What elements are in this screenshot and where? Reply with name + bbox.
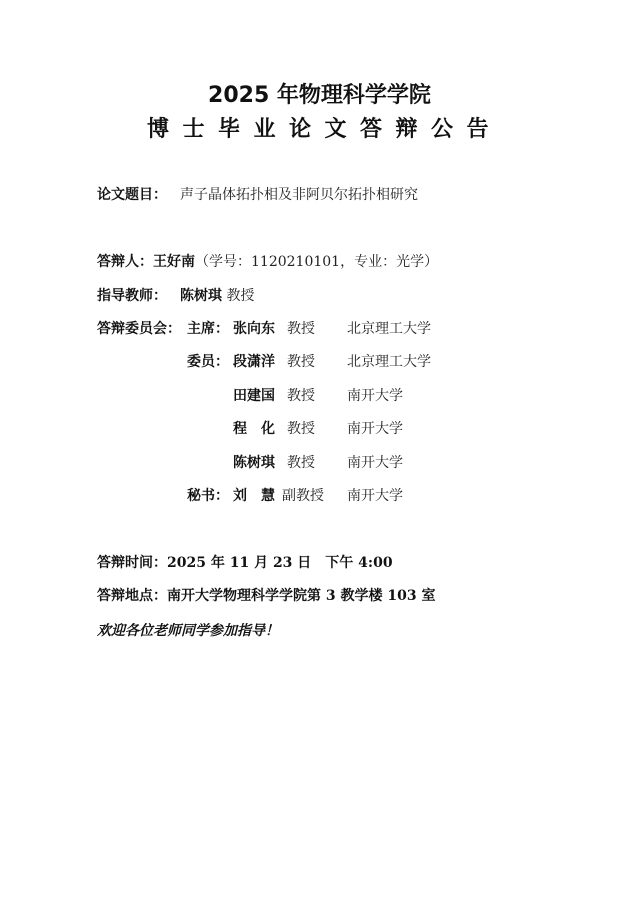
defense-time-label: 答辩时间： — [97, 555, 167, 571]
defense-location-label: 答辩地点： — [97, 588, 167, 604]
committee-member-institution: 南开大学 — [347, 486, 403, 506]
committee-member-institution: 南开大学 — [347, 419, 403, 439]
committee-member-name: 陈树琪 — [233, 453, 275, 473]
committee-role-chair: 主席： — [187, 319, 229, 339]
thesis-label: 论文题目： — [97, 187, 167, 203]
advisor-value: 陈树琪 教授 — [180, 286, 254, 306]
advisor-name: 陈树琪 — [180, 288, 222, 304]
defense-location-row: 答辩地点：南开大学物理科学学院第 3 教学楼 103 室 — [97, 586, 435, 606]
committee-member-title: 教授 — [287, 319, 315, 339]
defense-time-row: 答辩时间：2025 年 11 月 23 日 下午 4:00 — [97, 553, 393, 573]
candidate-name: 王好南 — [153, 254, 195, 270]
committee-member-title: 教授 — [287, 419, 315, 439]
title-line-2: 博士毕业论文答辩公告 — [147, 116, 502, 144]
committee-role-member: 委员： — [187, 352, 229, 372]
thesis-title: 声子晶体拓扑相及非阿贝尔拓扑相研究 — [180, 185, 418, 205]
committee-role-secretary: 秘书： — [187, 486, 229, 506]
committee-member-institution: 南开大学 — [347, 386, 403, 406]
committee-member-name: 程 化 — [233, 419, 275, 439]
committee-member-institution: 北京理工大学 — [347, 319, 431, 339]
committee-member-name: 刘 慧 — [233, 486, 275, 506]
committee-member-name: 田建国 — [233, 386, 275, 406]
thesis-row: 论文题目： — [97, 185, 167, 205]
committee-member-name: 张向东 — [233, 319, 275, 339]
advisor-label: 指导教师： — [97, 288, 167, 304]
defense-time-value: 2025 年 11 月 23 日 下午 4:00 — [167, 555, 393, 571]
welcome-message: 欢迎各位老师同学参加指导！ — [97, 621, 279, 641]
committee-member-institution: 北京理工大学 — [347, 352, 431, 372]
committee-member-title: 教授 — [287, 453, 315, 473]
committee-member-title: 教授 — [287, 386, 315, 406]
committee-member-title: 副教授 — [282, 486, 324, 506]
title-line-1: 2025 年物理科学学院 — [0, 82, 639, 110]
committee-member-title: 教授 — [287, 352, 315, 372]
advisor-title: 教授 — [226, 288, 254, 304]
committee-member-institution: 南开大学 — [347, 453, 403, 473]
committee-member-name: 段潇洋 — [233, 352, 275, 372]
committee-label: 答辩委员会： — [97, 319, 181, 339]
candidate-detail: （学号：1120210101，专业：光学） — [195, 254, 438, 270]
candidate-label: 答辩人： — [97, 254, 153, 270]
defense-location-value: 南开大学物理科学学院第 3 教学楼 103 室 — [167, 588, 435, 604]
advisor-row: 指导教师： — [97, 286, 167, 306]
candidate-row: 答辩人：王好南（学号：1120210101，专业：光学） — [97, 252, 438, 272]
